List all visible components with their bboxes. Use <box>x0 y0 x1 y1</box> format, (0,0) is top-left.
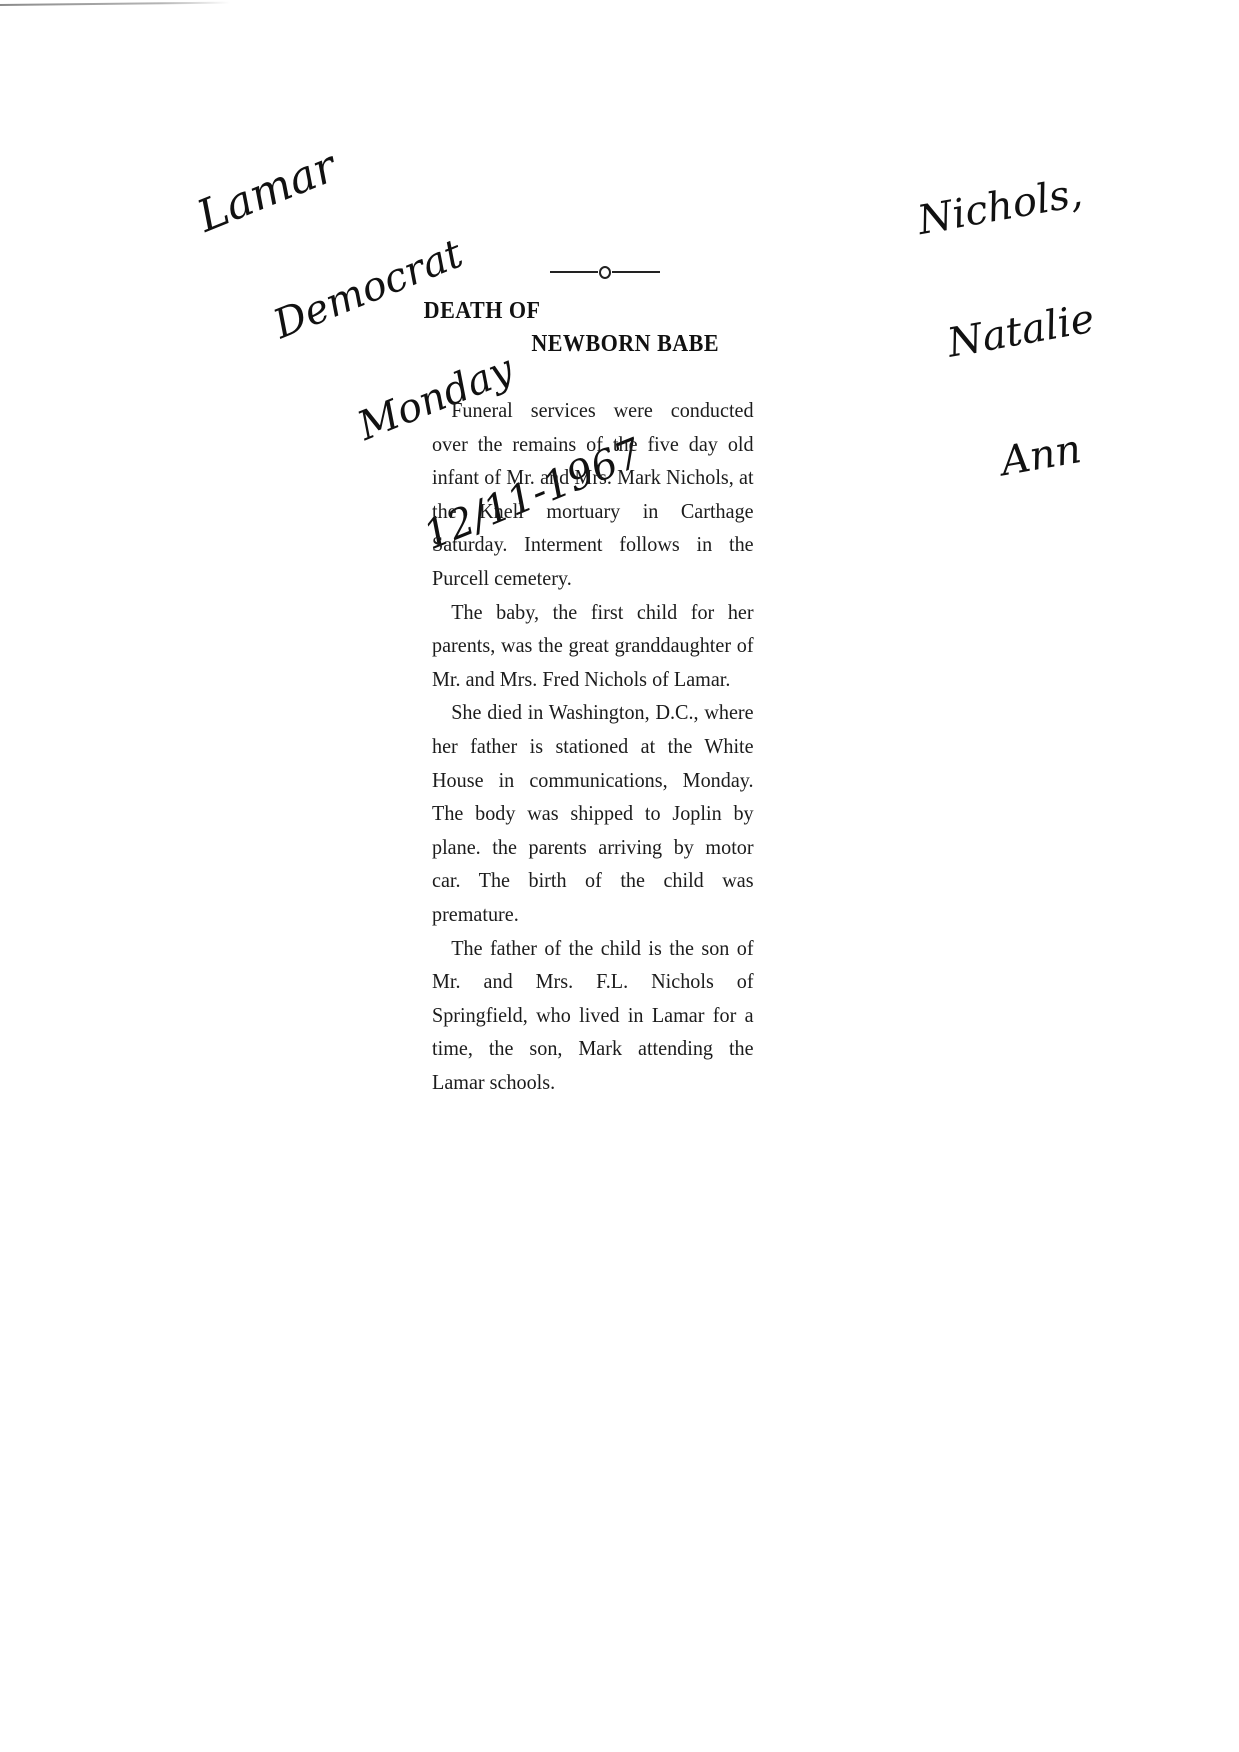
divider-circle-icon <box>599 266 611 279</box>
headline-line-2: NEWBORN BABE <box>531 331 778 358</box>
article-paragraph: She died in Washington, D.C., where her … <box>432 696 754 931</box>
handwritten-middle-name: Ann <box>998 420 1129 483</box>
handwritten-name-note: Nichols, Natalie Ann <box>900 89 1136 531</box>
newspaper-clipping: DEATH OF NEWBORN BABE Funeral services w… <box>420 262 810 1099</box>
article-paragraph: Funeral services were conducted over the… <box>432 394 754 596</box>
article-headline: DEATH OF NEWBORN BABE <box>420 298 779 358</box>
article-paragraph: The father of the child is the son of Mr… <box>432 932 754 1100</box>
section-divider <box>550 262 660 282</box>
handwritten-surname: Nichols, <box>915 172 1086 242</box>
scan-edge-line <box>0 2 230 6</box>
handwritten-newspaper-name: Lamar <box>191 78 506 241</box>
article-paragraph: The baby, the first child for her parent… <box>432 596 754 697</box>
article-body: Funeral services were conducted over the… <box>432 394 754 1099</box>
handwritten-first-name: Natalie <box>944 296 1107 365</box>
headline-line-1: DEATH OF <box>424 298 779 325</box>
